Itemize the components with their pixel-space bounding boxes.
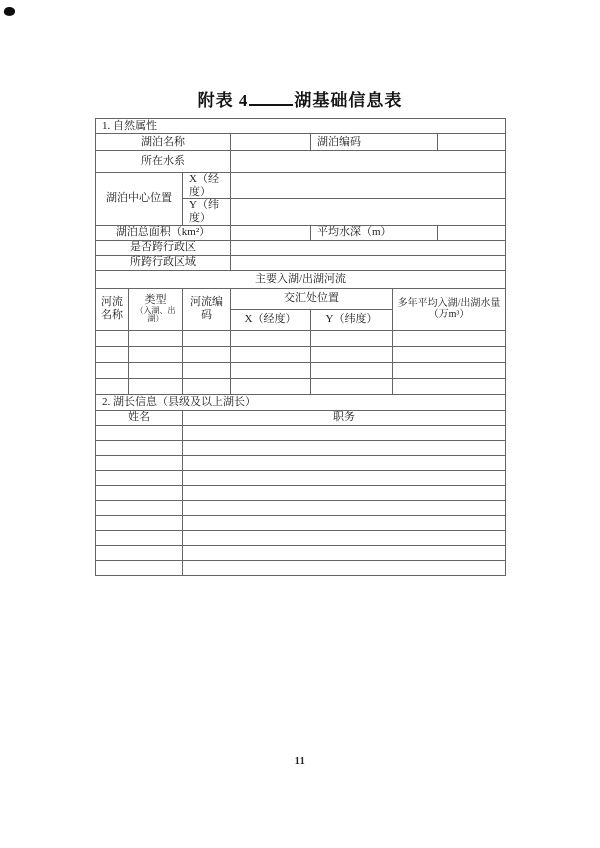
volume-unit-label: （万m³） <box>429 309 470 320</box>
empty-cell <box>96 485 183 500</box>
x-longitude-value-cell <box>231 173 506 199</box>
x-longitude-label: X（经度） <box>183 173 231 199</box>
section1-header-row: 1. 自然属性 <box>96 119 506 134</box>
page-number: 11 <box>0 756 600 767</box>
empty-cell <box>96 440 183 455</box>
river-type-sub-label: （入湖、出湖） <box>131 307 180 325</box>
empty-cell <box>311 330 393 346</box>
empty-cell <box>129 378 183 394</box>
lake-name-label: 湖泊名称 <box>96 134 231 151</box>
empty-cell <box>183 470 506 485</box>
river-empty-row <box>96 362 506 378</box>
water-system-row: 所在水系 <box>96 151 506 173</box>
chief-empty-row <box>96 455 506 470</box>
empty-cell <box>96 455 183 470</box>
empty-cell <box>129 330 183 346</box>
chief-empty-row <box>96 440 506 455</box>
title-blank-line <box>249 91 293 106</box>
empty-cell <box>183 560 506 575</box>
empty-cell <box>96 515 183 530</box>
empty-cell <box>129 362 183 378</box>
empty-cell <box>393 378 506 394</box>
empty-cell <box>129 346 183 362</box>
chief-position-col-header: 职务 <box>183 410 506 425</box>
junction-x-col-header: X（经度） <box>231 309 311 330</box>
y-latitude-label: Y（纬度） <box>183 199 231 225</box>
empty-cell <box>183 530 506 545</box>
chief-empty-row <box>96 560 506 575</box>
empty-cell <box>96 500 183 515</box>
volume-label: 多年平均入湖/出湖水量 <box>398 298 501 309</box>
rivers-header-row-1: 河流名称 类型 （入湖、出湖） 河流编码 交汇处位置 多年平均入湖/出湖水量 （… <box>96 288 506 309</box>
empty-cell <box>183 425 506 440</box>
empty-cell <box>96 330 129 346</box>
rivers-banner: 主要入湖/出湖河流 <box>96 270 506 288</box>
empty-cell <box>393 330 506 346</box>
water-system-label: 所在水系 <box>96 151 231 173</box>
chief-empty-row <box>96 545 506 560</box>
empty-cell <box>183 362 231 378</box>
empty-cell <box>96 378 129 394</box>
river-type-label: 类型 <box>145 294 167 306</box>
river-name-col-header: 河流名称 <box>96 288 129 330</box>
avg-depth-value-cell <box>438 225 506 240</box>
total-area-label: 湖泊总面积（km²） <box>96 225 231 240</box>
scan-artifact-mark <box>3 6 16 17</box>
rivers-banner-row: 主要入湖/出湖河流 <box>96 270 506 288</box>
cross-admin-label: 是否跨行政区 <box>96 240 231 255</box>
empty-cell <box>96 530 183 545</box>
lake-name-row: 湖泊名称 湖泊编码 <box>96 134 506 151</box>
volume-col-header: 多年平均入湖/出湖水量 （万m³） <box>393 288 506 330</box>
river-empty-row <box>96 378 506 394</box>
lake-name-value-cell <box>231 134 311 151</box>
empty-cell <box>311 378 393 394</box>
junction-y-col-header: Y（纬度） <box>311 309 393 330</box>
river-empty-row <box>96 330 506 346</box>
empty-cell <box>183 500 506 515</box>
scanned-page: 附表 4湖基础信息表 1. 自然属性 湖泊名称 湖泊编码 所在水系 湖泊中心位置… <box>0 0 600 848</box>
empty-cell <box>183 545 506 560</box>
empty-cell <box>183 485 506 500</box>
empty-cell <box>96 346 129 362</box>
empty-cell <box>96 560 183 575</box>
empty-cell <box>183 378 231 394</box>
water-system-value-cell <box>231 151 506 173</box>
empty-cell <box>231 378 311 394</box>
avg-depth-label: 平均水深（m） <box>311 225 438 240</box>
chief-empty-row <box>96 500 506 515</box>
title-suffix: 湖基础信息表 <box>294 91 402 110</box>
total-area-value-cell <box>231 225 311 240</box>
river-type-col-header: 类型 （入湖、出湖） <box>129 288 183 330</box>
empty-cell <box>96 470 183 485</box>
y-latitude-value-cell <box>231 199 506 225</box>
admin-regions-row: 所跨行政区域 <box>96 255 506 270</box>
section1-header: 1. 自然属性 <box>96 119 506 134</box>
page-title: 附表 4湖基础信息表 <box>0 86 600 111</box>
empty-cell <box>183 330 231 346</box>
admin-regions-value-cell <box>231 255 506 270</box>
empty-cell <box>183 455 506 470</box>
junction-col-header: 交汇处位置 <box>231 288 393 309</box>
chief-empty-row <box>96 425 506 440</box>
empty-cell <box>311 346 393 362</box>
lake-code-value-cell <box>438 134 506 151</box>
empty-cell <box>96 362 129 378</box>
empty-cell <box>393 346 506 362</box>
admin-regions-label: 所跨行政区域 <box>96 255 231 270</box>
empty-cell <box>183 346 231 362</box>
empty-cell <box>96 545 183 560</box>
empty-cell <box>311 362 393 378</box>
empty-cell <box>231 346 311 362</box>
cross-admin-row: 是否跨行政区 <box>96 240 506 255</box>
chief-empty-row <box>96 530 506 545</box>
chiefs-header-row: 姓名 职务 <box>96 410 506 425</box>
section2-header-row: 2. 湖长信息（县级及以上湖长） <box>96 394 506 410</box>
lake-info-form-table: 1. 自然属性 湖泊名称 湖泊编码 所在水系 湖泊中心位置 X（经度） Y（纬度… <box>95 118 506 576</box>
chief-empty-row <box>96 515 506 530</box>
empty-cell <box>183 515 506 530</box>
center-x-row: 湖泊中心位置 X（经度） <box>96 173 506 199</box>
empty-cell <box>231 330 311 346</box>
empty-cell <box>183 440 506 455</box>
river-code-col-header: 河流编码 <box>183 288 231 330</box>
river-empty-row <box>96 346 506 362</box>
title-prefix: 附表 4 <box>198 91 249 110</box>
chief-empty-row <box>96 485 506 500</box>
chief-empty-row <box>96 470 506 485</box>
area-depth-row: 湖泊总面积（km²） 平均水深（m） <box>96 225 506 240</box>
section2-header: 2. 湖长信息（县级及以上湖长） <box>96 394 506 410</box>
center-position-label: 湖泊中心位置 <box>96 173 183 226</box>
cross-admin-value-cell <box>231 240 506 255</box>
chief-name-col-header: 姓名 <box>96 410 183 425</box>
empty-cell <box>393 362 506 378</box>
lake-code-label: 湖泊编码 <box>311 134 438 151</box>
empty-cell <box>96 425 183 440</box>
empty-cell <box>231 362 311 378</box>
